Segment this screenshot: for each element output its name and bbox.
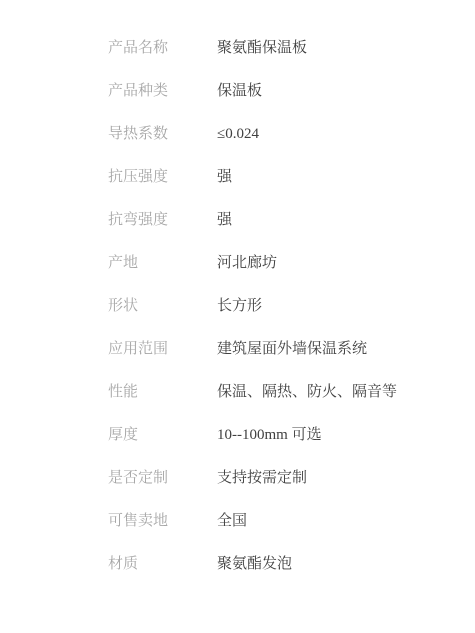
spec-row: 材质 聚氨酯发泡 [0, 543, 475, 586]
product-spec-table: 产品名称 聚氨酯保温板 产品种类 保温板 导热系数 ≤0.024 抗压强度 强 … [0, 0, 475, 586]
spec-label: 性能 [108, 385, 217, 400]
spec-value: 全国 [217, 514, 247, 529]
spec-value: ≤0.024 [217, 127, 259, 142]
spec-label: 形状 [108, 299, 217, 314]
spec-label: 是否定制 [108, 471, 217, 486]
spec-row: 形状 长方形 [0, 285, 475, 328]
spec-value: 强 [217, 170, 232, 185]
spec-row: 产品名称 聚氨酯保温板 [0, 27, 475, 70]
spec-value: 支持按需定制 [217, 471, 307, 486]
spec-row: 产地 河北廊坊 [0, 242, 475, 285]
spec-row: 性能 保温、隔热、防火、隔音等 [0, 371, 475, 414]
spec-row: 厚度 10--100mm 可选 [0, 414, 475, 457]
spec-label: 产品名称 [108, 41, 217, 56]
spec-row: 抗弯强度 强 [0, 199, 475, 242]
spec-value: 10--100mm 可选 [217, 428, 322, 443]
spec-value: 保温板 [217, 84, 262, 99]
spec-label: 抗压强度 [108, 170, 217, 185]
spec-value: 长方形 [217, 299, 262, 314]
spec-row: 是否定制 支持按需定制 [0, 457, 475, 500]
spec-value: 聚氨酯保温板 [217, 41, 307, 56]
spec-label: 产品种类 [108, 84, 217, 99]
spec-value: 聚氨酯发泡 [217, 557, 292, 572]
spec-value: 建筑屋面外墙保温系统 [217, 342, 367, 357]
spec-row: 抗压强度 强 [0, 156, 475, 199]
spec-value: 河北廊坊 [217, 256, 277, 271]
spec-value: 保温、隔热、防火、隔音等 [217, 385, 397, 400]
spec-label: 厚度 [108, 428, 217, 443]
spec-label: 抗弯强度 [108, 213, 217, 228]
spec-label: 导热系数 [108, 127, 217, 142]
spec-value: 强 [217, 213, 232, 228]
spec-label: 产地 [108, 256, 217, 271]
spec-row: 导热系数 ≤0.024 [0, 113, 475, 156]
spec-row: 应用范围 建筑屋面外墙保温系统 [0, 328, 475, 371]
spec-label: 应用范围 [108, 342, 217, 357]
spec-label: 可售卖地 [108, 514, 217, 529]
spec-row: 可售卖地 全国 [0, 500, 475, 543]
spec-label: 材质 [108, 557, 217, 572]
spec-row: 产品种类 保温板 [0, 70, 475, 113]
